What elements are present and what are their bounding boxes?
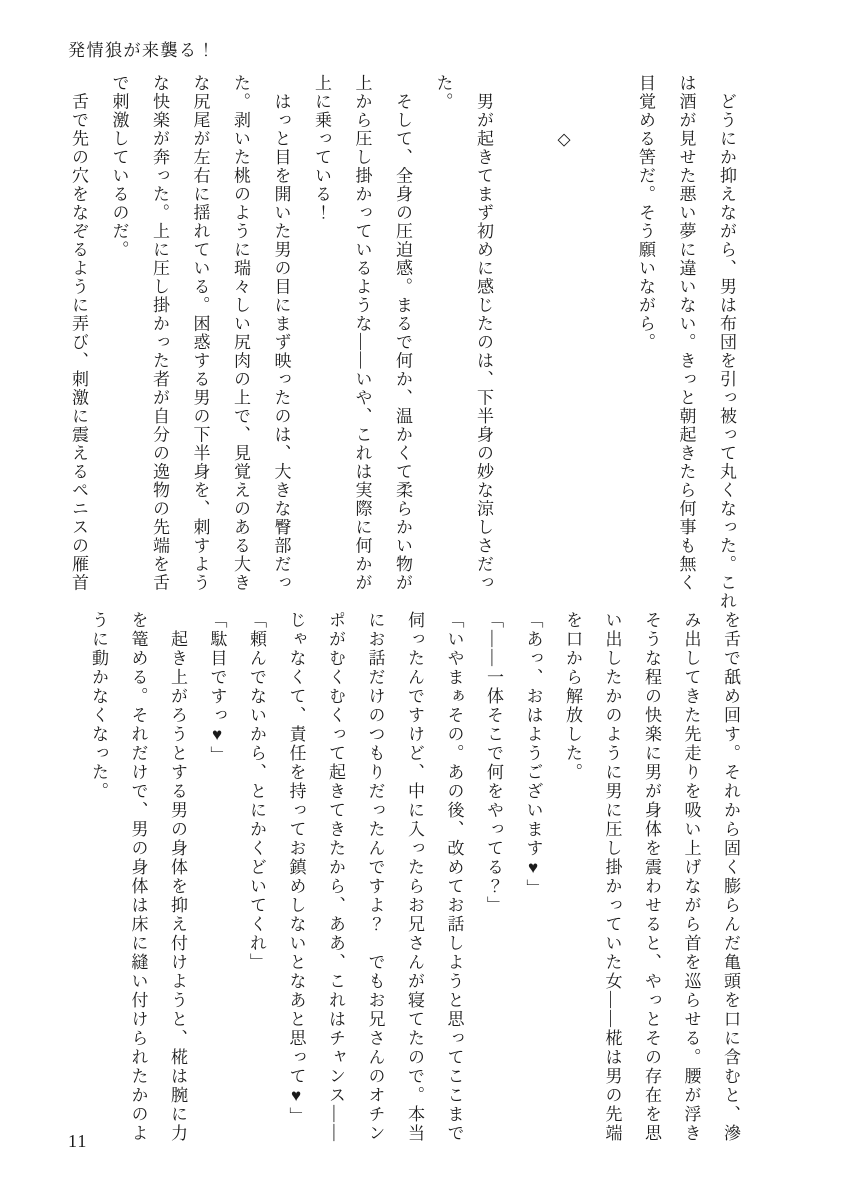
page-number: 11 <box>68 1131 87 1152</box>
vertical-text-block-bottom: を舌で舐め回す。それから固く膨らんだ亀頭を口に含むと、滲 み出してきた先走りを吸… <box>79 611 751 1156</box>
book-page: { "page": { "running_header": "発情狼が来襲る！"… <box>0 0 857 1200</box>
vertical-text-block-top: どうにか抑えながら、男は布団を引っ被って丸くなった。これ は酒が見せた悪い夢に違… <box>58 74 747 619</box>
running-header-title: 発情狼が来襲る！ <box>68 36 216 61</box>
